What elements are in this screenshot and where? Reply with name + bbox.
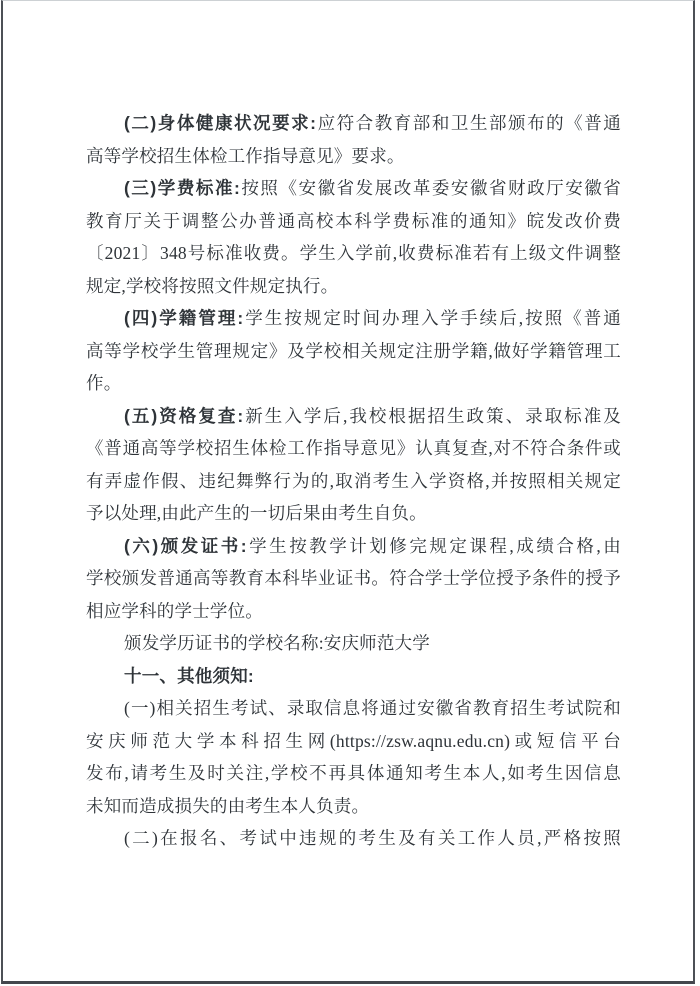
line-text: 教育厅关于调整公办普通高校本科学费标准的通知》皖发改价费: [86, 211, 621, 231]
line-text: 学校颁发普通高等教育本科毕业证书。符合学士学位授予条件的授予: [86, 568, 621, 588]
text-line: (五)资格复查:新生入学后,我校根据招生政策、录取标准及: [86, 400, 621, 433]
section-heading: (六)颁发证书:: [124, 536, 247, 556]
text-line: (三)学费标准:按照《安徽省发展改革委安徽省财政厅安徽省: [86, 172, 621, 205]
line-text: 未知而造成损失的由考生本人负责。: [86, 796, 369, 816]
text-line: 《普通高等学校招生体检工作指导意见》认真复查,对不符合条件或: [86, 432, 621, 465]
document-body: (二)身体健康状况要求:应符合教育部和卫生部颁布的《普通高等学校招生体检工作指导…: [86, 107, 621, 855]
text-line: 十一、其他须知:: [86, 660, 621, 693]
document-page: (二)身体健康状况要求:应符合教育部和卫生部颁布的《普通高等学校招生体检工作指导…: [1, 0, 695, 984]
section-heading: (五)资格复查:: [124, 406, 243, 426]
text-line: 颁发学历证书的学校名称:安庆师范大学: [86, 627, 621, 660]
text-line: 发布,请考生及时关注,学校不再具体通知考生本人,如考生因信息: [86, 757, 621, 790]
text-line: 予以处理,由此产生的一切后果由考生自负。: [86, 497, 621, 530]
line-text: 〔2021〕348号标准收费。学生入学前,收费标准若有上级文件调整: [86, 243, 621, 263]
line-text: 作。: [86, 373, 121, 393]
line-text: (二)在报名、考试中违规的考生及有关工作人员,严格按照: [124, 828, 621, 848]
text-line: (二)在报名、考试中违规的考生及有关工作人员,严格按照: [86, 822, 621, 855]
text-line: (二)身体健康状况要求:应符合教育部和卫生部颁布的《普通: [86, 107, 621, 140]
text-line: 安庆师范大学本科招生网(https://zsw.aqnu.edu.cn)或短信平…: [86, 725, 621, 758]
text-line: 〔2021〕348号标准收费。学生入学前,收费标准若有上级文件调整: [86, 237, 621, 270]
section-heading: (四)学籍管理:: [124, 308, 243, 328]
text-line: 作。: [86, 367, 621, 400]
line-text: 学生按教学计划修完规定课程,成绩合格,由: [247, 536, 621, 556]
line-text: 相应学科的学士学位。: [86, 601, 263, 621]
section-heading: (二)身体健康状况要求:: [124, 113, 316, 133]
line-text: 高等学校招生体检工作指导意见》要求。: [86, 146, 405, 166]
line-text: (一)相关招生考试、录取信息将通过安徽省教育招生考试院和: [124, 698, 621, 718]
line-text: 高等学校学生管理规定》及学校相关规定注册学籍,做好学籍管理工: [86, 341, 621, 361]
text-line: 高等学校招生体检工作指导意见》要求。: [86, 140, 621, 173]
text-line: (一)相关招生考试、录取信息将通过安徽省教育招生考试院和: [86, 692, 621, 725]
text-line: 相应学科的学士学位。: [86, 595, 621, 628]
line-text: 应符合教育部和卫生部颁布的《普通: [316, 113, 621, 133]
text-line: 学校颁发普通高等教育本科毕业证书。符合学士学位授予条件的授予: [86, 562, 621, 595]
text-line: 未知而造成损失的由考生本人负责。: [86, 790, 621, 823]
text-line: (四)学籍管理:学生按规定时间办理入学手续后,按照《普通: [86, 302, 621, 335]
line-text: 发布,请考生及时关注,学校不再具体通知考生本人,如考生因信息: [86, 763, 621, 783]
line-text: 安庆师范大学本科招生网(https://zsw.aqnu.edu.cn)或短信平…: [86, 731, 621, 751]
line-text: 新生入学后,我校根据招生政策、录取标准及: [243, 406, 621, 426]
line-text: 《普通高等学校招生体检工作指导意见》认真复查,对不符合条件或: [86, 438, 621, 458]
line-text: 有弄虚作假、违纪舞弊行为的,取消考生入学资格,并按照相关规定: [86, 471, 621, 491]
text-line: (六)颁发证书:学生按教学计划修完规定课程,成绩合格,由: [86, 530, 621, 563]
text-line: 规定,学校将按照文件规定执行。: [86, 270, 621, 303]
line-text: 予以处理,由此产生的一切后果由考生自负。: [86, 503, 427, 523]
line-text: 规定,学校将按照文件规定执行。: [86, 276, 338, 296]
line-text: 按照《安徽省发展改革委安徽省财政厅安徽省: [240, 178, 621, 198]
section-heading: (三)学费标准:: [124, 178, 240, 198]
line-text: 学生按规定时间办理入学手续后,按照《普通: [243, 308, 621, 328]
text-line: 有弄虚作假、违纪舞弊行为的,取消考生入学资格,并按照相关规定: [86, 465, 621, 498]
text-line: 教育厅关于调整公办普通高校本科学费标准的通知》皖发改价费: [86, 205, 621, 238]
line-text: 颁发学历证书的学校名称:安庆师范大学: [124, 633, 430, 653]
section-heading: 十一、其他须知:: [124, 666, 254, 686]
text-line: 高等学校学生管理规定》及学校相关规定注册学籍,做好学籍管理工: [86, 335, 621, 368]
